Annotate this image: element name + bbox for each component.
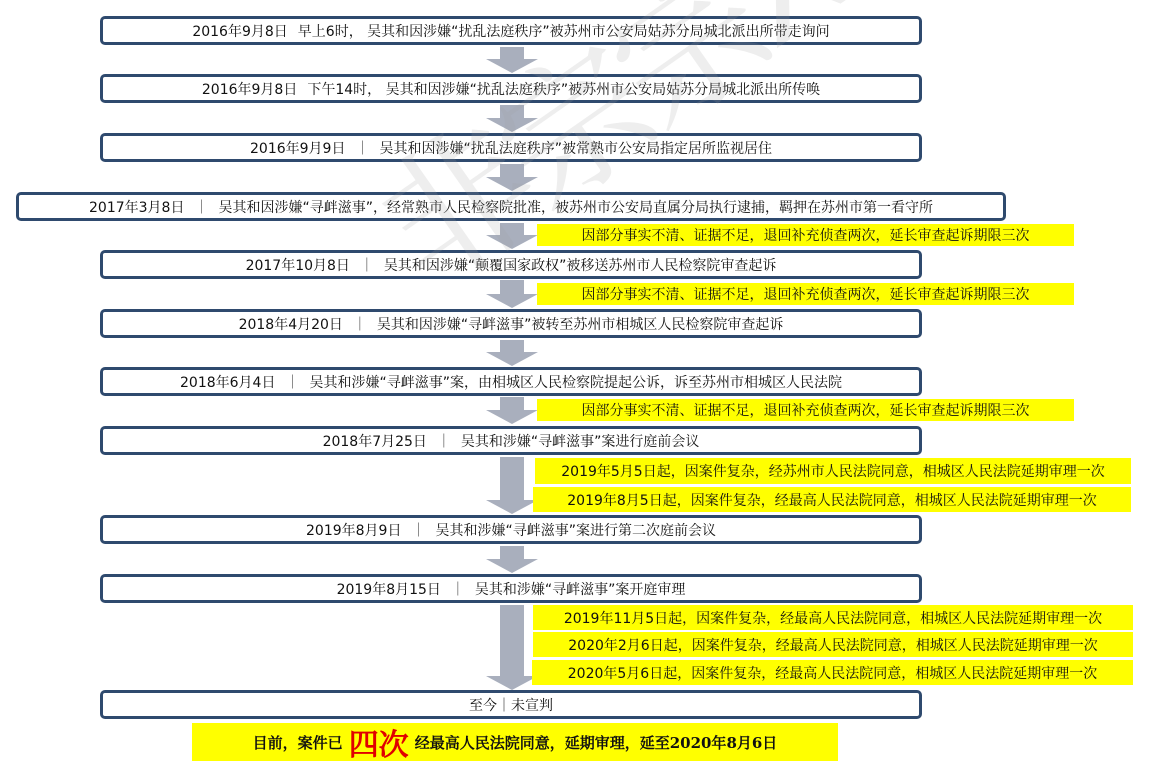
arrow-down-icon [486, 223, 538, 249]
extension-note: 2020年2月6日起，因案件复杂，经最高人民法院同意，相城区人民法院延期审理一次 [533, 632, 1133, 657]
timeline-event: 2018年4月20日 ｜ 吴其和因涉嫌“寻衅滋事”被转至苏州市相城区人民检察院审… [100, 309, 922, 338]
arrow-down-icon [486, 47, 538, 73]
summary-banner: 目前，案件已 四次 经最高人民法院同意，延期审理，延至2020年8月6日 [192, 723, 838, 761]
arrow-down-icon [486, 605, 538, 690]
summary-prefix: 目前，案件已 [253, 732, 343, 753]
note-text: 2019年8月5日起，因案件复杂，经最高人民法院同意，相城区人民法院延期审理一次 [567, 490, 1096, 510]
event-text: 吴其和涉嫌“寻衅滋事”案，由相城区人民检察院提起公诉，诉至苏州市相城区人民法院 [309, 372, 842, 392]
extension-note: 2020年5月6日起，因案件复杂，经最高人民法院同意，相城区人民法院延期审理一次 [532, 660, 1133, 685]
event-separator: ｜ [437, 431, 451, 451]
extension-note: 2019年8月5日起，因案件复杂，经最高人民法院同意，相城区人民法院延期审理一次 [533, 487, 1131, 512]
arrow-down-icon [486, 280, 538, 308]
note-text: 因部分事实不清、证据不足，退回补充侦查两次，延长审查起诉期限三次 [582, 284, 1030, 304]
note-text: 2019年11月5日起，因案件复杂，经最高人民法院同意，相城区人民法院延期审理一… [564, 608, 1102, 628]
summary-suffix: 经最高人民法院同意，延期审理，延至2020年8月6日 [415, 732, 778, 753]
event-text: 吴其和涉嫌“寻衅滋事”案进行庭前会议 [461, 431, 700, 451]
note-text: 2019年5月5日起，因案件复杂，经苏州市人民法院同意，相城区人民法院延期审理一… [561, 461, 1104, 481]
event-text: 吴其和因涉嫌“扰乱法庭秩序”被常熟市公安局指定居所监视居住 [379, 138, 772, 158]
event-separator: ｜ [285, 372, 299, 392]
event-date: 2019年8月9日 [306, 520, 401, 540]
timeline-event: 2017年3月8日 ｜ 吴其和因涉嫌“寻衅滋事”，经常熟市人民检察院批准，被苏州… [16, 192, 1006, 221]
event-text: 吴其和因涉嫌“颠覆国家政权”被移送苏州市人民检察院审查起诉 [384, 255, 777, 275]
arrow-down-icon [486, 457, 538, 514]
arrow-down-icon [486, 340, 538, 366]
event-text: 吴其和因涉嫌“寻衅滋事”，经常熟市人民检察院批准，被苏州市公安局直属分局执行逮捕… [218, 197, 933, 217]
event-date: 2017年3月8日 [89, 197, 184, 217]
event-text: 吴其和因涉嫌“寻衅滋事”被转至苏州市相城区人民检察院审查起诉 [377, 314, 784, 334]
event-text: 吴其和涉嫌“寻衅滋事”案进行第二次庭前会议 [435, 520, 716, 540]
note-text: 2020年5月6日起，因案件复杂，经最高人民法院同意，相城区人民法院延期审理一次 [568, 663, 1097, 683]
event-date: 2016年9月8日 [192, 21, 287, 41]
event-date: 2018年7月25日 [323, 431, 427, 451]
timeline-event-current: 至今｜未宣判 [100, 690, 922, 719]
event-date: 2018年4月20日 [239, 314, 343, 334]
event-separator: ｜ [360, 255, 374, 275]
event-date: 2016年9月9日 [250, 138, 345, 158]
event-separator: ｜ [194, 197, 208, 217]
procedure-note: 因部分事实不清、证据不足，退回补充侦查两次，延长审查起诉期限三次 [537, 399, 1074, 421]
timeline-event: 2016年9月8日 下午14时， 吴其和因涉嫌“扰乱法庭秩序”被苏州市公安局姑苏… [100, 74, 922, 103]
timeline-event: 2016年9月8日 早上6时， 吴其和因涉嫌“扰乱法庭秩序”被苏州市公安局姑苏分… [100, 16, 922, 45]
arrow-down-icon [486, 397, 538, 424]
procedure-note: 因部分事实不清、证据不足，退回补充侦查两次，延长审查起诉期限三次 [537, 224, 1074, 246]
extension-note: 2019年5月5日起，因案件复杂，经苏州市人民法院同意，相城区人民法院延期审理一… [535, 458, 1131, 484]
event-separator: ｜ [411, 520, 425, 540]
timeline-event: 2018年7月25日 ｜ 吴其和涉嫌“寻衅滋事”案进行庭前会议 [100, 426, 922, 455]
timeline-event: 2017年10月8日 ｜ 吴其和因涉嫌“颠覆国家政权”被移送苏州市人民检察院审查… [100, 250, 922, 279]
arrow-down-icon [486, 546, 538, 573]
note-text: 因部分事实不清、证据不足，退回补充侦查两次，延长审查起诉期限三次 [582, 225, 1030, 245]
note-text: 因部分事实不清、证据不足，退回补充侦查两次，延长审查起诉期限三次 [582, 400, 1030, 420]
timeline-event: 2019年8月9日 ｜ 吴其和涉嫌“寻衅滋事”案进行第二次庭前会议 [100, 515, 922, 544]
event-text: 至今｜未宣判 [469, 695, 553, 715]
extension-note: 2019年11月5日起，因案件复杂，经最高人民法院同意，相城区人民法院延期审理一… [533, 605, 1133, 630]
arrow-down-icon [486, 164, 538, 191]
timeline-event: 2016年9月9日 ｜ 吴其和因涉嫌“扰乱法庭秩序”被常熟市公安局指定居所监视居… [100, 133, 922, 162]
procedure-note: 因部分事实不清、证据不足，退回补充侦查两次，延长审查起诉期限三次 [537, 283, 1074, 305]
timeline-event: 2019年8月15日 ｜ 吴其和涉嫌“寻衅滋事”案开庭审理 [100, 574, 922, 603]
event-text: 吴其和涉嫌“寻衅滋事”案开庭审理 [475, 579, 686, 599]
timeline-event: 2018年6月4日 ｜ 吴其和涉嫌“寻衅滋事”案，由相城区人民检察院提起公诉，诉… [100, 367, 922, 396]
note-text: 2020年2月6日起，因案件复杂，经最高人民法院同意，相城区人民法院延期审理一次 [568, 635, 1097, 655]
event-date: 2018年6月4日 [180, 372, 275, 392]
event-date: 2016年9月8日 [202, 79, 297, 99]
arrow-down-icon [486, 105, 538, 132]
event-separator: ｜ [451, 579, 465, 599]
event-text: 早上6时， 吴其和因涉嫌“扰乱法庭秩序”被苏州市公安局姑苏分局城北派出所带走询问 [298, 21, 830, 41]
event-separator: ｜ [353, 314, 367, 334]
event-date: 2017年10月8日 [246, 255, 350, 275]
event-date: 2019年8月15日 [337, 579, 441, 599]
event-separator: ｜ [355, 138, 369, 158]
summary-highlight: 四次 [349, 720, 409, 764]
event-text: 下午14时， 吴其和因涉嫌“扰乱法庭秩序”被苏州市公安局姑苏分局城北派出所传唤 [307, 79, 820, 99]
